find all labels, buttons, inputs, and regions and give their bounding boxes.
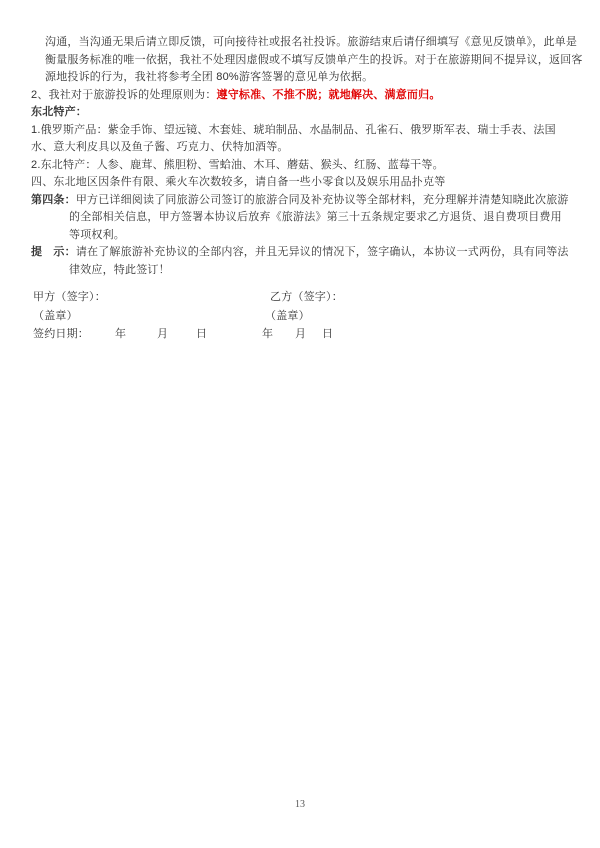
complaint-principle-prefix: 2、我社对于旅游投诉的处理原则为：: [31, 89, 217, 101]
date-month-a-label: 月: [157, 326, 168, 344]
paragraph-russian-products: 1.俄罗斯产品：紫金手饰、望远镜、木套娃、琥珀制品、水晶制品、孔雀石、俄罗斯军表…: [31, 122, 569, 157]
complaint-principle-highlight: 遵守标准、不推不脱；就地解决、满意而归。: [217, 89, 441, 101]
article4-text: 甲方已详细阅读了同旅游公司签订的旅游合同及补充协议等全部材料，充分理解并清楚知晓…: [69, 194, 569, 241]
document-page: 沟通，当沟通无果后请立即反馈，可向接待社或报名社投诉。旅游结束后请仔细填写《意见…: [0, 0, 600, 848]
article4-label: 第四条：: [31, 194, 76, 206]
signature-row-seal: （盖章） （盖章）: [31, 308, 569, 327]
paragraph-item4-train-notice: 四、东北地区因条件有限、乘火车次数较多，请自备一些小零食以及娱乐用品扑克等: [31, 174, 569, 192]
party-b-seal-label: （盖章）: [265, 308, 310, 326]
date-day-a-label: 日: [196, 326, 207, 344]
date-month-b-label: 月: [295, 326, 306, 344]
page-number: 13: [0, 799, 600, 810]
date-year-a-label: 年: [115, 326, 126, 344]
party-b-signature-label: 乙方（签字）：: [270, 289, 343, 307]
sign-date-label: 签约日期：: [33, 326, 89, 344]
party-a-seal-label: （盖章）: [33, 308, 78, 326]
heading-northeast-specialties: 东北特产：: [31, 104, 569, 122]
notice-label: 提 示：: [31, 246, 76, 258]
date-day-b-label: 日: [322, 326, 333, 344]
date-year-b-label: 年: [262, 326, 273, 344]
party-a-signature-label: 甲方（签字）：: [33, 289, 106, 307]
signature-row-date: 签约日期： 年 月 日 年 月 日: [31, 326, 569, 345]
paragraph-complaint-principle: 2、我社对于旅游投诉的处理原则为：遵守标准、不推不脱；就地解决、满意而归。: [31, 87, 569, 105]
paragraph-complaint-feedback: 沟通，当沟通无果后请立即反馈，可向接待社或报名社投诉。旅游结束后请仔细填写《意见…: [31, 34, 569, 87]
notice-text: 请在了解旅游补充协议的全部内容，并且无异议的情况下，签字确认，本协议一式两份，具…: [69, 246, 569, 276]
paragraph-northeast-products: 2.东北特产：人参、鹿茸、熊胆粉、雪蛤油、木耳、蘑菇、猴头、红肠、蓝莓干等。: [31, 157, 569, 175]
paragraph-article4: 第四条：甲方已详细阅读了同旅游公司签订的旅游合同及补充协议等全部材料，充分理解并…: [31, 192, 569, 245]
document-content: 沟通，当沟通无果后请立即反馈，可向接待社或报名社投诉。旅游结束后请仔细填写《意见…: [31, 34, 569, 349]
signature-row-sign: 甲方（签字）： 乙方（签字）：: [31, 289, 569, 308]
signature-block: 甲方（签字）： 乙方（签字）： （盖章） （盖章） 签约日期： 年 月 日 年 …: [31, 289, 569, 349]
paragraph-notice: 提 示：请在了解旅游补充协议的全部内容，并且无异议的情况下，签字确认，本协议一式…: [31, 244, 569, 279]
